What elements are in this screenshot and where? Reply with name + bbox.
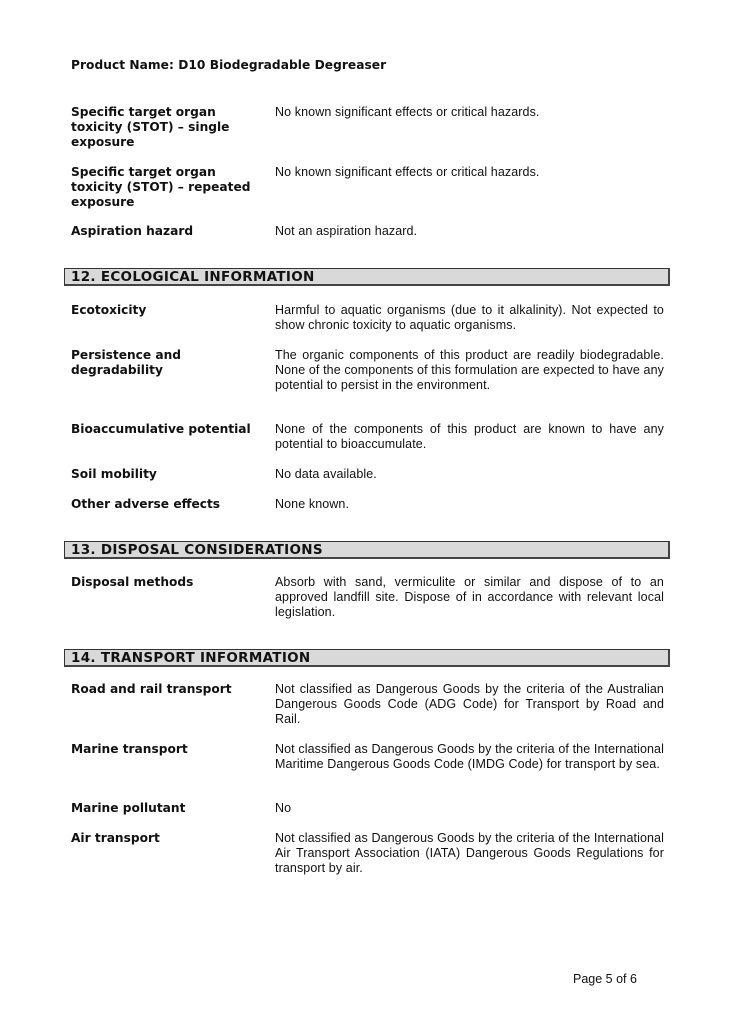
- bioaccumulative-row: Bioaccumulative potential None of the co…: [71, 422, 664, 452]
- row-value: None known.: [275, 497, 664, 512]
- row-label: Other adverse effects: [71, 497, 275, 512]
- section-header-disposal: 13. DISPOSAL CONSIDERATIONS: [64, 541, 670, 559]
- row-value: No: [275, 801, 664, 816]
- row-value: Not an aspiration hazard.: [275, 224, 664, 239]
- row-value: No known significant effects or critical…: [275, 105, 664, 150]
- section-header-ecological: 12. ECOLOGICAL INFORMATION: [64, 268, 670, 286]
- marine-transport-row: Marine transport Not classified as Dange…: [71, 742, 664, 772]
- row-label: Air transport: [71, 831, 275, 876]
- row-value: Not classified as Dangerous Goods by the…: [275, 742, 664, 772]
- row-label: Ecotoxicity: [71, 303, 275, 333]
- row-label: Specific target organ toxicity (STOT) – …: [71, 105, 275, 150]
- row-label: Marine pollutant: [71, 801, 275, 816]
- row-value: No data available.: [275, 467, 664, 482]
- row-label: Disposal methods: [71, 575, 275, 620]
- page-number: Page 5 of 6: [573, 972, 637, 986]
- road-rail-row: Road and rail transport Not classified a…: [71, 682, 664, 727]
- disposal-methods-row: Disposal methods Absorb with sand, vermi…: [71, 575, 664, 620]
- row-value: Not classified as Dangerous Goods by the…: [275, 831, 664, 876]
- ecotoxicity-row: Ecotoxicity Harmful to aquatic organisms…: [71, 303, 664, 333]
- row-value: Absorb with sand, vermiculite or similar…: [275, 575, 664, 620]
- row-label: Bioaccumulative potential: [71, 422, 275, 452]
- row-value: Not classified as Dangerous Goods by the…: [275, 682, 664, 727]
- marine-pollutant-row: Marine pollutant No: [71, 801, 664, 816]
- row-value: The organic components of this product a…: [275, 348, 664, 393]
- row-value: None of the components of this product a…: [275, 422, 664, 452]
- row-label: Soil mobility: [71, 467, 275, 482]
- row-value: Harmful to aquatic organisms (due to it …: [275, 303, 664, 333]
- row-label: Marine transport: [71, 742, 275, 772]
- air-transport-row: Air transport Not classified as Dangerou…: [71, 831, 664, 876]
- row-label: Aspiration hazard: [71, 224, 275, 239]
- product-name: Product Name: D10 Biodegradable Degrease…: [71, 58, 386, 72]
- aspiration-hazard-row: Aspiration hazard Not an aspiration haza…: [71, 224, 664, 239]
- stot-single-row: Specific target organ toxicity (STOT) – …: [71, 105, 664, 150]
- row-label: Specific target organ toxicity (STOT) – …: [71, 165, 275, 210]
- stot-repeated-row: Specific target organ toxicity (STOT) – …: [71, 165, 664, 210]
- row-value: No known significant effects or critical…: [275, 165, 664, 210]
- section-header-transport: 14. TRANSPORT INFORMATION: [64, 649, 670, 667]
- soil-mobility-row: Soil mobility No data available.: [71, 467, 664, 482]
- row-label: Persistence and degradability: [71, 348, 251, 393]
- persistence-row: Persistence and degradability The organi…: [71, 348, 664, 393]
- other-adverse-row: Other adverse effects None known.: [71, 497, 664, 512]
- row-label: Road and rail transport: [71, 682, 275, 727]
